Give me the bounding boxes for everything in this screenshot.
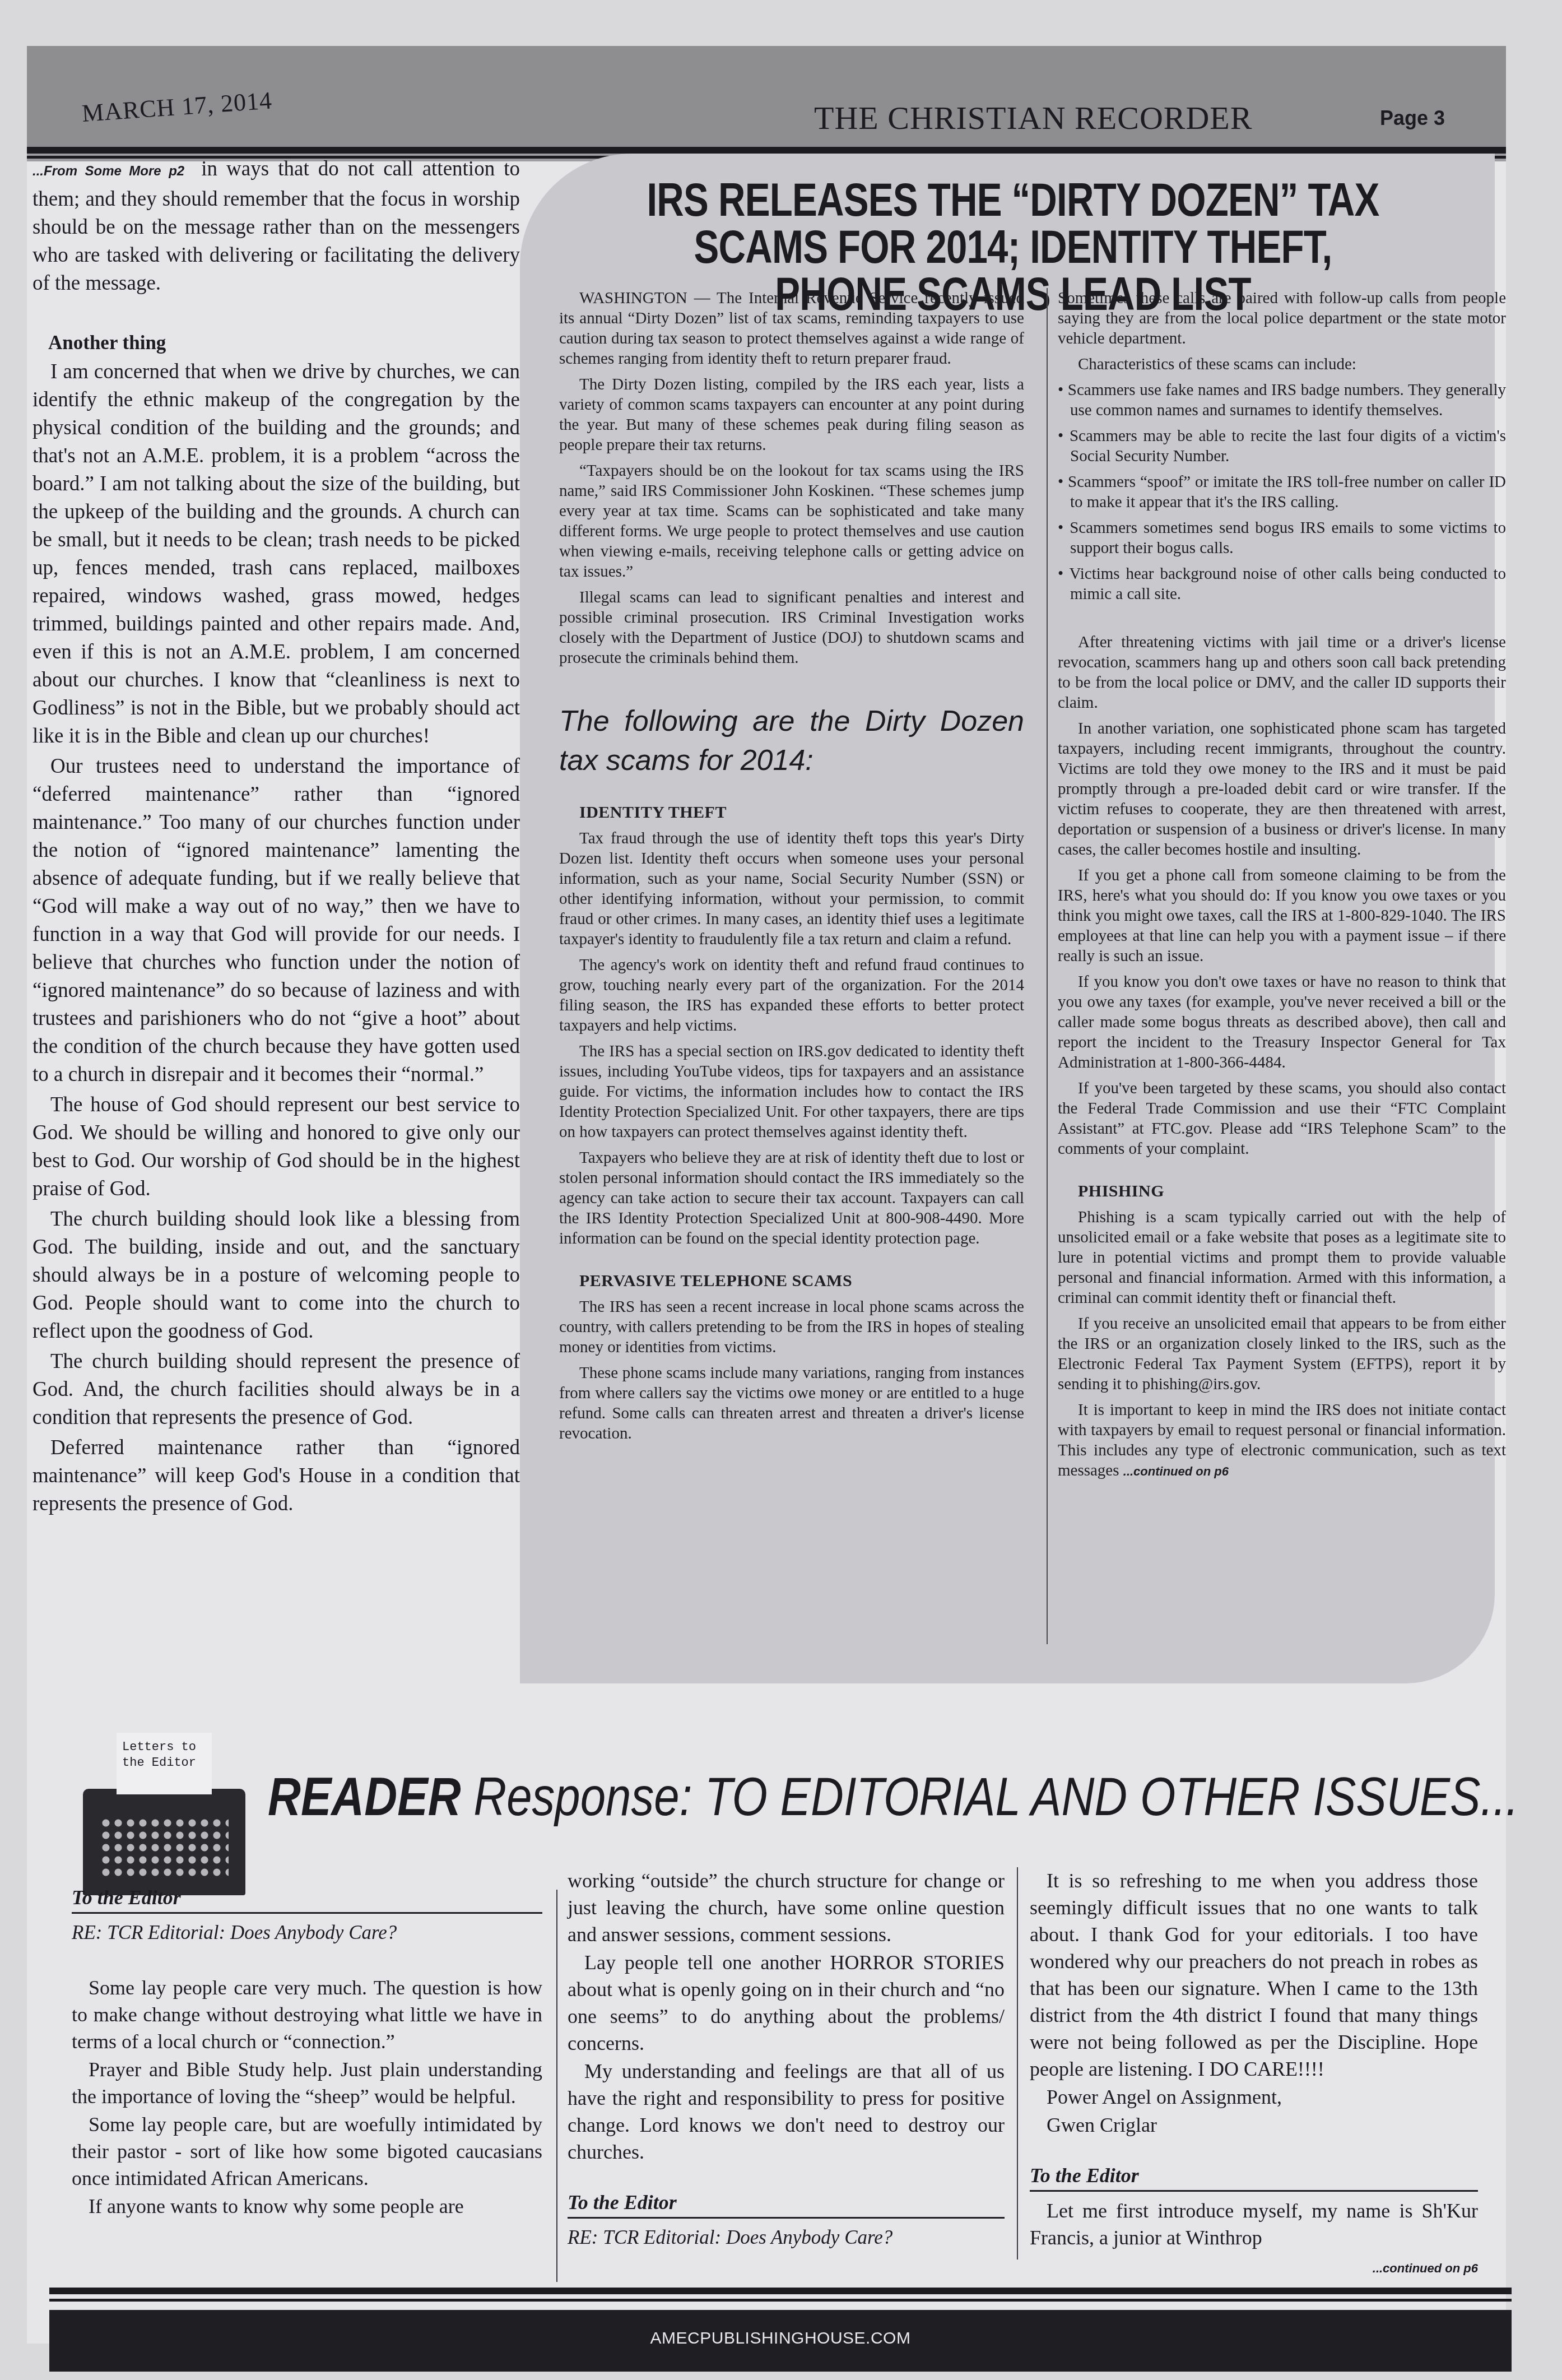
irs-article-box: IRS RELEASES THE “DIRTY DOZEN” TAX SCAMS… [520,154,1495,1683]
left-paragraph: Our trustees need to understand the impo… [32,753,520,1089]
irs-paragraph: If you get a phone call from someone cla… [1058,865,1506,966]
section-heading-phone-scams: PERVASIVE TELEPHONE SCAMS [579,1271,1024,1291]
irs-paragraph: “Taxpayers should be on the lookout for … [559,461,1024,582]
reader-response-title: READER Response: TO EDITORIAL AND OTHER … [268,1766,1519,1828]
column-divider [1017,1867,1018,2260]
irs-paragraph: Tax fraud through the use of identity th… [559,828,1024,949]
irs-paragraph: If you receive an unsolicited email that… [1058,1314,1506,1394]
letter-column-1: To the Editor RE: TCR Editorial: Does An… [72,1878,542,2221]
irs-column-2: Sometimes these calls are paired with fo… [1058,288,1506,1487]
irs-paragraph: The agency's work on identity theft and … [559,955,1024,1036]
column-divider [1047,288,1048,1644]
letter-re-line: RE: TCR Editorial: Does Anybody Care? [72,1919,542,1946]
reader-response-banner: Letters to the Editor READER Response: T… [49,1744,1506,1845]
irs-column-1: WASHINGTON — The Internal Revenue Servic… [559,288,1024,1449]
letter-signature: Gwen Criglar [1030,2112,1478,2138]
letters-to-editor-label: Letters to the Editor [117,1733,212,1794]
left-article-subhead: Another thing [48,329,520,357]
continued-link[interactable]: ...continued on p6 [1373,2261,1478,2275]
letter-paragraph: My understanding and feelings are that a… [568,2058,1005,2165]
letter-re-line: RE: TCR Editorial: Does Anybody Care? [568,2224,1005,2251]
letter-paragraph: working “outside” the church structure f… [568,1867,1005,1948]
continued-from-tag: ...From Some More p2 [32,164,184,179]
column-divider [556,1890,557,2282]
letter-column-2: working “outside” the church structure f… [568,1867,1005,2279]
letter-paragraph: Some lay people care very much. The ques… [72,1974,542,2055]
letter-heading: To the Editor [568,2189,1005,2219]
publisher-url[interactable]: AMECPUBLISHINGHOUSE.COM [49,2329,1512,2348]
list-item: • Scammers sometimes send bogus IRS emai… [1058,518,1506,558]
irs-paragraph: After threatening victims with jail time… [1058,632,1506,713]
irs-paragraph: If you've been targeted by these scams, … [1058,1078,1506,1159]
typewriter-illustration: Letters to the Editor [77,1733,245,1895]
masthead: MARCH 17, 2014 THE CHRISTIAN RECORDER Pa… [27,46,1506,147]
left-article-intro: ...From Some More p2in ways that do not … [32,155,520,298]
irs-paragraph: WASHINGTON — The Internal Revenue Servic… [559,288,1024,369]
section-heading-identity-theft: IDENTITY THEFT [579,802,1024,823]
left-paragraph: I am concerned that when we drive by chu… [32,358,520,750]
irs-paragraph: Illegal scams can lead to significant pe… [559,587,1024,668]
letter-paragraph: Some lay people care, but are woefully i… [72,2111,542,2192]
continued-link[interactable]: ...continued on p6 [1123,1464,1229,1478]
footer-rule-thin [49,2299,1512,2302]
page-number: Page 3 [1380,106,1445,130]
list-item: • Scammers “spoof” or imitate the IRS to… [1058,472,1506,512]
list-item: • Victims hear background noise of other… [1058,564,1506,604]
characteristics-intro: Characteristics of these scams can inclu… [1058,354,1506,374]
typewriter-keys [100,1817,229,1878]
irs-paragraph: Sometimes these calls are paired with fo… [1058,288,1506,349]
newspaper-name: THE CHRISTIAN RECORDER [814,99,1252,137]
irs-paragraph: It is important to keep in mind the IRS … [1058,1400,1506,1482]
list-item: • Scammers use fake names and IRS badge … [1058,380,1506,420]
footer-band: AMECPUBLISHINGHOUSE.COM [49,2310,1512,2372]
letter-heading: To the Editor [72,1884,542,1914]
letter-column-3: It is so refreshing to me when you addre… [1030,1867,1478,2282]
letter-heading: To the Editor [1030,2162,1478,2192]
issue-date: MARCH 17, 2014 [81,86,273,128]
irs-paragraph: The IRS has a special section on IRS.gov… [559,1041,1024,1142]
left-paragraph: Deferred maintenance rather than “ignore… [32,1434,520,1518]
list-item: • Scammers may be able to recite the las… [1058,426,1506,466]
letter-paragraph: Let me first introduce myself, my name i… [1030,2197,1478,2251]
letter-paragraph: If anyone wants to know why some people … [72,2193,542,2220]
irs-paragraph: The Dirty Dozen listing, compiled by the… [559,374,1024,455]
left-paragraph: The house of God should represent our be… [32,1091,520,1203]
masthead-rule [27,147,1506,154]
newspaper-page: MARCH 17, 2014 THE CHRISTIAN RECORDER Pa… [27,46,1506,2344]
left-paragraph: The church building should look like a b… [32,1205,520,1346]
irs-paragraph: If you know you don't owe taxes or have … [1058,972,1506,1073]
section-heading-phishing: PHISHING [1078,1181,1506,1201]
letter-paragraph: Lay people tell one another HORROR STORI… [568,1949,1005,2057]
footer-rule [49,2288,1512,2294]
letter-paragraph: Prayer and Bible Study help. Just plain … [72,2056,542,2110]
left-article: ...From Some More p2in ways that do not … [27,155,520,1520]
irs-paragraph: Phishing is a scam typically carried out… [1058,1207,1506,1308]
scam-characteristics-list: • Scammers use fake names and IRS badge … [1058,380,1506,604]
irs-paragraph: In another variation, one sophisticated … [1058,718,1506,860]
irs-paragraph: Taxpayers who believe they are at risk o… [559,1148,1024,1249]
irs-paragraph: The IRS has seen a recent increase in lo… [559,1297,1024,1357]
letter-signoff: Power Angel on Assignment, [1030,2084,1478,2110]
letter-paragraph: It is so refreshing to me when you addre… [1030,1867,1478,2082]
dirty-dozen-subhead: The following are the Dirty Dozen tax sc… [559,702,1024,780]
left-paragraph: The church building should represent the… [32,1348,520,1432]
irs-paragraph: These phone scams include many variation… [559,1363,1024,1444]
